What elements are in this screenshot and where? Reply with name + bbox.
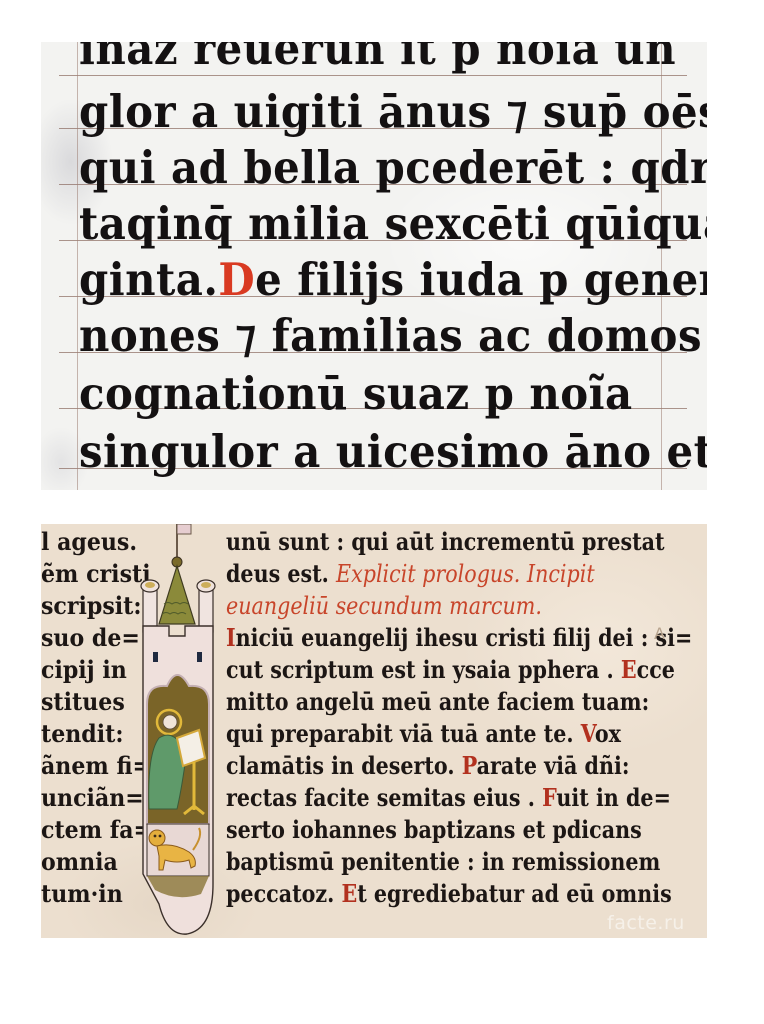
- margin-text-line: omnia: [41, 846, 118, 877]
- text-line: euangeliū secundum marcum.: [226, 590, 542, 622]
- text-line: Iniciū euangelij ihesu cristi filij dei …: [226, 622, 692, 653]
- line-start: ginta.: [79, 253, 218, 306]
- red-initial: I: [226, 623, 236, 652]
- text-line: mitto angelū meū ante faciem tuam:: [226, 686, 649, 717]
- margin-text-line: ctem fa=: [41, 814, 152, 845]
- line-text: peccatoz.: [226, 879, 341, 908]
- ruling-line: [59, 75, 687, 76]
- margin-text-line: ãnem fi=: [41, 750, 151, 781]
- rubric-text: Explicit prologus. Incipit: [336, 560, 595, 588]
- rubric-text: euangeliū secundum marcum.: [226, 592, 542, 620]
- line-text: ox: [595, 719, 621, 748]
- margin-text-line: tum·in: [41, 878, 123, 909]
- gutenberg-print-image: l ageus. ẽm cristi scripsit: suo de= cip…: [41, 524, 707, 938]
- line-text: clamātis in deserto.: [226, 751, 462, 780]
- margin-text-line: scripsit:: [41, 590, 142, 621]
- margin-text-line: unciãn=: [41, 782, 144, 813]
- red-initial: V: [581, 719, 595, 748]
- manuscript-image: inaz reuerun it p noia un glor a uigiti …: [41, 42, 707, 490]
- manuscript-line: cognationū suaz p noĩa: [79, 369, 637, 419]
- line-rest: e filijs iuda p generā: [255, 253, 707, 306]
- line-text: cut scriptum est in ysaia pphera .: [226, 655, 621, 684]
- manuscript-line: inaz reuerun it p noia un: [79, 42, 637, 74]
- manuscript-line: taqinq̄ milia sexcēti qūiqua: [79, 199, 637, 249]
- line-text: arate viā dñi:: [477, 751, 630, 780]
- margin-text-line: ẽm cristi: [41, 558, 151, 589]
- manuscript-line: glor a uigiti ānus ⁊ sup̄ oēs: [79, 87, 637, 137]
- text-line: serto iohannes baptizans et pdicans: [226, 814, 642, 845]
- text-line: baptismū penitentie : in remissionem: [226, 846, 660, 877]
- margin-text-line: suo de=: [41, 622, 140, 653]
- text-line: cut scriptum est in ysaia pphera . Ecce: [226, 654, 675, 685]
- text-line: unū sunt : qui aūt incrementū prestat: [226, 526, 665, 557]
- text-line: peccatoz. Et egrediebatur ad eū omnis: [226, 878, 672, 909]
- margin-text-line: stitues: [41, 686, 125, 717]
- red-initial: P: [462, 751, 477, 780]
- line-text: cce: [637, 655, 675, 684]
- text-line: qui preparabit viā tuā ante te. Vox: [226, 718, 621, 749]
- watermark: facte.ru: [607, 912, 685, 934]
- line-text: rectas facite semitas eius .: [226, 783, 542, 812]
- manuscript-line: qui ad bella pcederēt : qdragi: [79, 143, 637, 193]
- line-text: uit in de=: [556, 783, 670, 812]
- margin-text-line: cipij in: [41, 654, 127, 685]
- margin-rule: [77, 42, 78, 490]
- margin-text-line: l ageus.: [41, 526, 137, 557]
- pencil-annotation: A: [654, 624, 665, 643]
- manuscript-line: singulor a uicesimo āno et: [79, 427, 637, 477]
- red-initial: F: [542, 783, 556, 812]
- manuscript-line: nones ⁊ familias ac domos: [79, 311, 637, 361]
- margin-text-line: tendit:: [41, 718, 123, 749]
- text-line: clamātis in deserto. Parate viā dñi:: [226, 750, 629, 781]
- red-initial: E: [621, 655, 637, 684]
- text-line: deus est. Explicit prologus. Incipit: [226, 558, 595, 590]
- manuscript-line: ginta.De filijs iuda p generā: [79, 255, 637, 305]
- illuminated-initial-icon: [137, 524, 223, 938]
- text-line: rectas facite semitas eius . Fuit in de=: [226, 782, 671, 813]
- red-initial: E: [341, 879, 357, 908]
- line-text: deus est.: [226, 559, 336, 588]
- line-text: qui preparabit viā tuā ante te.: [226, 719, 581, 748]
- red-initial: D: [218, 253, 255, 306]
- line-text: niciū euangelij ihesu cristi filij dei :…: [236, 623, 693, 652]
- line-text: t egrediebatur ad eū omnis: [357, 879, 671, 908]
